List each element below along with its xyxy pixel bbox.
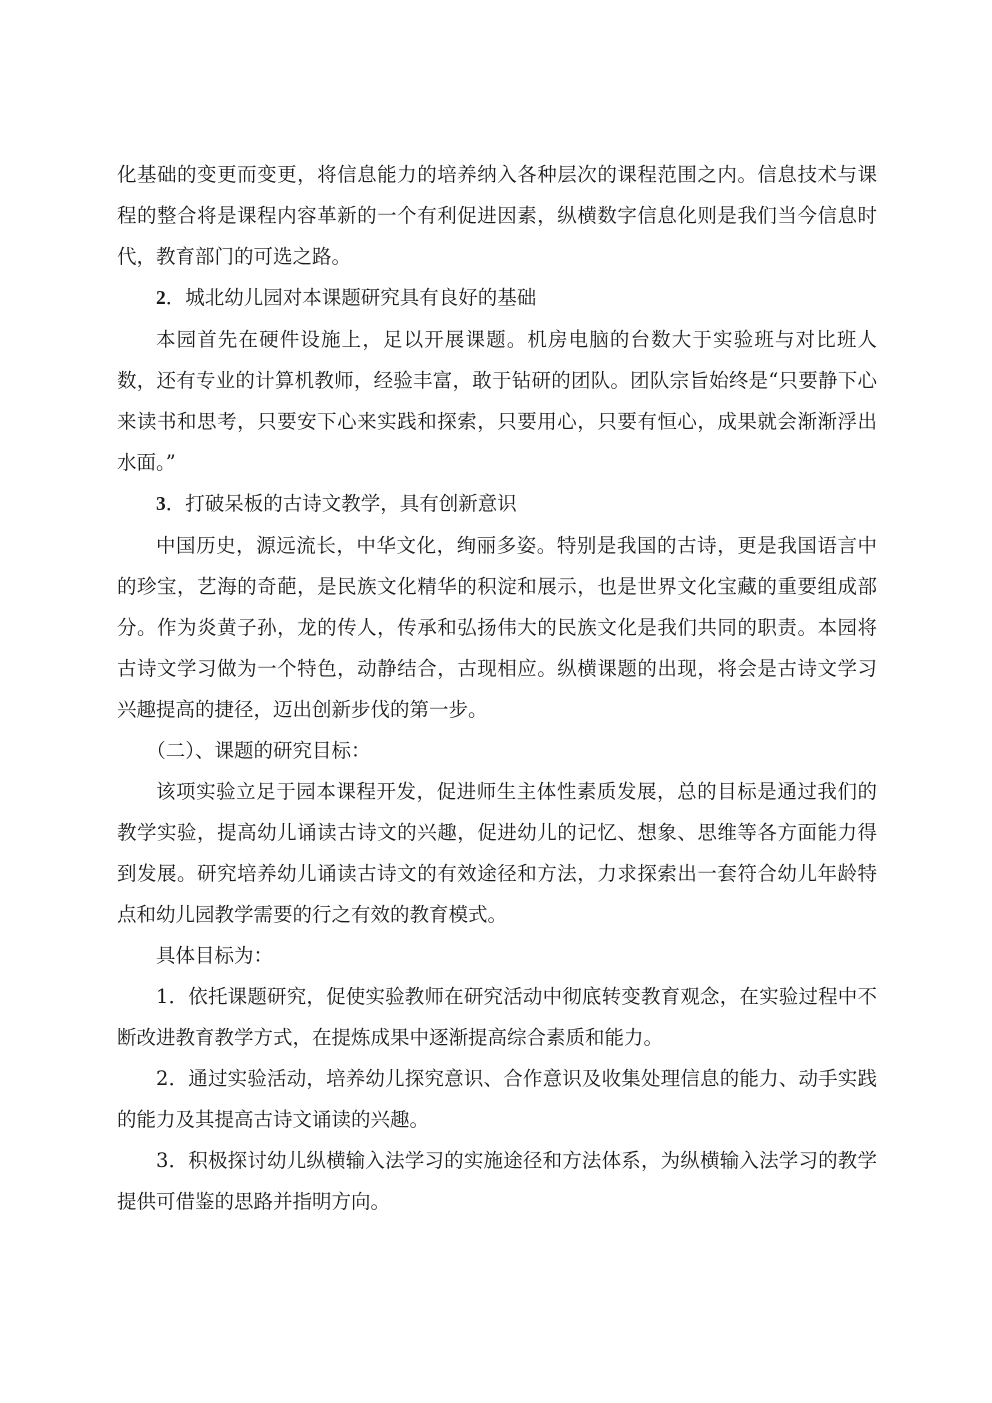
item-number: 2 xyxy=(156,1067,168,1090)
heading-number: 3 xyxy=(156,494,166,515)
paragraph-continuation: 化基础的变更而变更，将信息能力的培养纳入各种层次的课程范围之内。信息技术与课程的… xyxy=(117,154,877,277)
item-number: 1 xyxy=(156,985,168,1008)
list-item: 2．通过实验活动，培养幼儿探究意识、合作意识及收集处理信息的能力、动手实践的能力… xyxy=(117,1058,877,1140)
paragraph-body: 本园首先在硬件设施上，足以开展课题。机房电脑的台数大于实验班与对比班人数，还有专… xyxy=(117,319,877,483)
heading-text: ．打破呆板的古诗文教学，具有创新意识 xyxy=(166,492,517,515)
heading-3: 3．打破呆板的古诗文教学，具有创新意识 xyxy=(117,483,877,525)
item-text: ．积极探讨幼儿纵横输入法学习的实施途径和方法体系，为纵横输入法学习的教学提供可借… xyxy=(117,1149,877,1213)
heading-text: ．城北幼儿园对本课题研究具有良好的基础 xyxy=(166,286,537,309)
item-text: ．依托课题研究，促使实验教师在研究活动中彻底转变教育观念，在实验过程中不断改进教… xyxy=(117,985,877,1049)
list-item: 1．依托课题研究，促使实验教师在研究活动中彻底转变教育观念，在实验过程中不断改进… xyxy=(117,976,877,1058)
document-page: 化基础的变更而变更，将信息能力的培养纳入各种层次的课程范围之内。信息技术与课程的… xyxy=(117,154,877,1222)
heading-number: 2 xyxy=(156,288,166,309)
list-item: 3．积极探讨幼儿纵横输入法学习的实施途径和方法体系，为纵横输入法学习的教学提供可… xyxy=(117,1140,877,1222)
item-number: 3 xyxy=(156,1149,168,1172)
item-text: ．通过实验活动，培养幼儿探究意识、合作意识及收集处理信息的能力、动手实践的能力及… xyxy=(117,1067,877,1131)
paragraph-body: 具体目标为： xyxy=(117,935,877,976)
heading-2: 2．城北幼儿园对本课题研究具有良好的基础 xyxy=(117,277,877,319)
paragraph-body: 中国历史，源远流长，中华文化，绚丽多姿。特别是我国的古诗，更是我国语言中的珍宝，… xyxy=(117,525,877,730)
section-heading: （二）、课题的研究目标： xyxy=(117,730,877,771)
paragraph-body: 该项实验立足于园本课程开发，促进师生主体性素质发展，总的目标是通过我们的教学实验… xyxy=(117,771,877,935)
